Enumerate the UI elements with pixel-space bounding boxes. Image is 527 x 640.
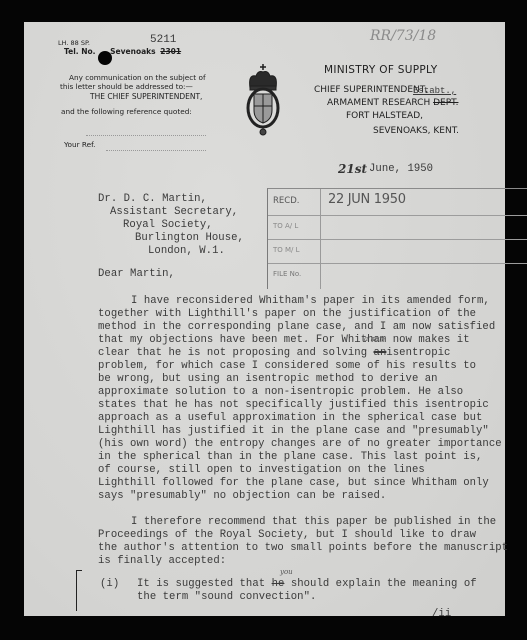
point-1-line-1: It is suggested that he should explain t… [137, 578, 477, 590]
ink-blot [98, 51, 112, 65]
recipient-line-3: Royal Society, [123, 219, 213, 231]
tel-label: Tel. No. [64, 47, 96, 56]
p1-correction-inserted: a non- [364, 335, 386, 343]
ministry-name: MINISTRY OF SUPPLY [324, 64, 438, 76]
p1-line-15: Lighthill followed for the plane case, b… [98, 477, 489, 489]
communication-line-2: this letter should be addressed to:— [60, 82, 193, 91]
point-1-marker: (i) [100, 578, 119, 590]
p1-line-16: says "presumably" no objection can be ra… [98, 490, 386, 502]
recipient-line-5: London, W.1. [148, 245, 225, 257]
date-typed: June, 1950 [369, 163, 433, 175]
point-1-inserted: you [280, 568, 293, 576]
org-line-2-inserted: Estabt., [413, 86, 456, 96]
recipient-line-2: Assistant Secretary, [110, 206, 238, 218]
salutation: Dear Martin, [98, 268, 175, 280]
stamp-divider [320, 189, 321, 289]
p1-line-11: Lighthill has justified it in the plane … [98, 425, 489, 437]
tel-number-struck: 2301 [160, 47, 181, 56]
p1-line-9: states that he has not specifically just… [98, 399, 489, 411]
tel-number-handwritten: 5211 [150, 34, 176, 46]
form-code: LH. 88 SP. [58, 39, 90, 47]
p1-line-8: approximate solution to a non-isentropic… [98, 386, 463, 398]
p1-line-5-end: isentropic [386, 347, 450, 359]
org-line-4: SEVENOAKS, KENT. [373, 126, 459, 136]
margin-bracket-mark [76, 570, 82, 611]
tel-exchange: Sevenoaks [110, 47, 155, 56]
telephone-line: Tel. No. Sevenoaks 2301 [64, 47, 181, 56]
p1-line-14: of course, still open to investigation o… [98, 464, 425, 476]
stamp-row-4: FILE No. [268, 263, 527, 287]
recipient-line-1: Dr. D. C. Martin, [98, 193, 207, 205]
point-1-line-2: the term "sound convection". [137, 591, 316, 603]
addressee-title: THE CHIEF SUPERINTENDENT, [90, 92, 202, 101]
stamp-row-3: TO M/ L [268, 239, 527, 264]
date-day-handwritten: 21st [338, 162, 367, 176]
p1-line-5: clear that he is not proposing and solvi… [98, 347, 450, 359]
p2-line-3: the author's attention to two small poin… [98, 542, 508, 554]
p1-line-6: problem, for which case I considered som… [98, 360, 476, 372]
communication-line-1: Any communication on the subject of [69, 73, 206, 82]
stamp-recd-date: 22 JUN 1950 [328, 192, 406, 207]
reference-dotted-line [86, 135, 206, 136]
file-reference-handwritten: RR/73/18 [370, 28, 436, 44]
received-stamp: RECD. 22 JUN 1950 TO A/ L TO M/ L FILE N… [267, 188, 527, 289]
reference-instruction: and the following reference quoted: [61, 107, 192, 116]
stamp-recd-label: RECD. [273, 196, 299, 206]
stamp-row-2-label: TO A/ L [273, 222, 298, 230]
p2-line-4: is finally accepted: [98, 555, 226, 567]
your-ref-label: Your Ref. [64, 140, 96, 149]
p1-line-5-text: clear that he is not proposing and solvi… [98, 347, 367, 359]
your-ref-dotted-line [106, 150, 206, 151]
stamp-row-4-label: FILE No. [273, 270, 301, 278]
p1-line-3: method in the corresponding plane case, … [98, 321, 495, 333]
p1-line-7: be wrong, but using an isentropic method… [98, 373, 438, 385]
p1-line-10: approach as a useful approximation in th… [98, 412, 482, 424]
stamp-row-recd: RECD. 22 JUN 1950 [268, 189, 527, 216]
org-line-3: FORT HALSTEAD, [346, 111, 423, 121]
org-line-2-struck: DEPT. [433, 98, 458, 108]
org-line-1: CHIEF SUPERINTENDENT, [314, 85, 428, 95]
p2-line-2: Proceedings of the Royal Society, but I … [98, 529, 476, 541]
org-line-2-prefix: ARMAMENT RESEARCH [327, 98, 430, 108]
continuation-marker: /ii [432, 608, 451, 620]
p1-line-13: in the spherical than in the plane case.… [98, 451, 482, 463]
p1-correction-struck: an [374, 347, 387, 359]
royal-crest-icon [242, 62, 284, 142]
point-1-struck: he [272, 578, 285, 590]
recipient-line-4: Burlington House, [135, 232, 244, 244]
org-line-2: ARMAMENT RESEARCH DEPT. [327, 98, 458, 108]
stamp-row-3-label: TO M/ L [273, 246, 300, 254]
stamp-row-2: TO A/ L [268, 215, 527, 240]
p2-line-1: I therefore recommend that this paper be… [131, 516, 496, 528]
p1-line-12: (his own word) the entropy changes are o… [98, 438, 502, 450]
letter-page: LH. 88 SP. Tel. No. Sevenoaks 2301 5211 … [24, 22, 505, 616]
point-1-before: It is suggested that [137, 578, 265, 590]
point-1-after: should explain the meaning of [291, 578, 477, 590]
p1-line-4: that my objections have been met. For Wh… [98, 334, 470, 346]
p1-line-1: I have reconsidered Whitham's paper in i… [131, 295, 490, 307]
p1-line-2: together with Lighthill's paper on the j… [98, 308, 476, 320]
